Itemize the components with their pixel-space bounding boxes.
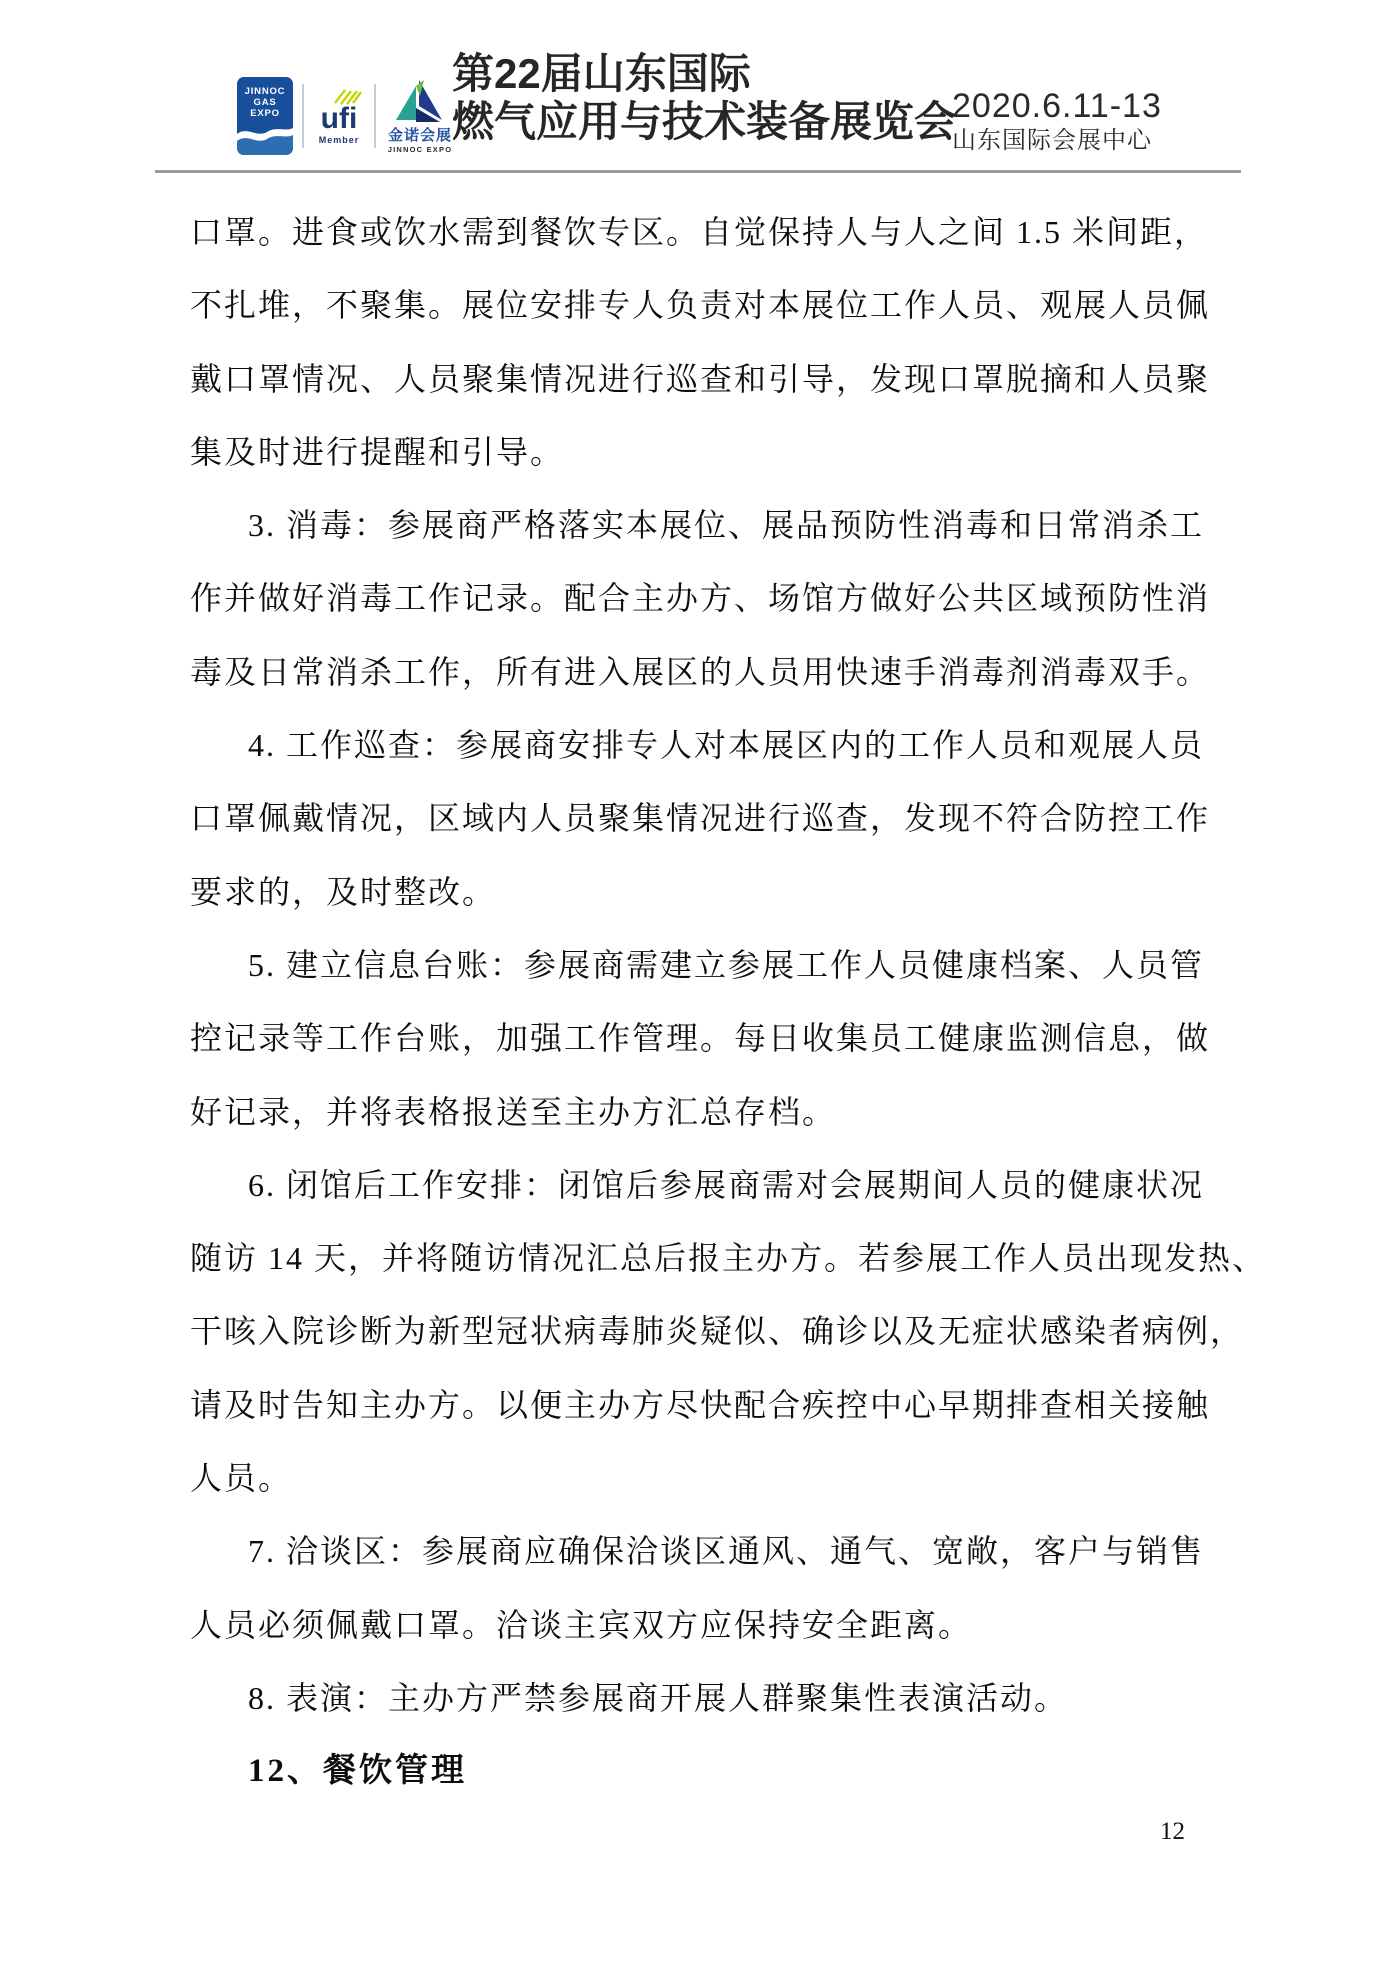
- text-line: 集及时进行提醒和引导。: [190, 416, 1265, 489]
- text-line: 好记录，并将表格报送至主办方汇总存档。: [190, 1076, 1265, 1149]
- ufi-wordmark: ufi: [321, 105, 358, 133]
- jinnoc-expo-cn-label: 金诺会展: [388, 128, 452, 144]
- jinnoc-gas-expo-logo: JINNOC GAS EXPO: [237, 77, 293, 155]
- text-line: 7. 洽谈区：参展商应确保洽谈区通风、通气、宽敞，客户与销售: [190, 1515, 1265, 1588]
- text-line: 4. 工作巡查：参展商安排专人对本展区内的工作人员和观展人员: [190, 709, 1265, 782]
- text-line: 6. 闭馆后工作安排：闭馆后参展商需对会展期间人员的健康状况: [190, 1149, 1265, 1222]
- jinnoc-gas-expo-label: JINNOC GAS EXPO: [237, 86, 293, 119]
- section-heading: 12、餐饮管理: [190, 1735, 1265, 1808]
- text-line: 8. 表演：主办方严禁参展商开展人群聚集性表演活动。: [190, 1662, 1265, 1735]
- text-line: 口罩佩戴情况，区域内人员聚集情况进行巡查，发现不符合防控工作: [190, 782, 1265, 855]
- expo-title-line2: 燃气应用与技术装备展览会: [452, 98, 956, 146]
- expo-title: 第22届山东国际 燃气应用与技术装备展览会: [452, 50, 956, 146]
- document-page: JINNOC GAS EXPO ufi Member: [0, 0, 1390, 1965]
- event-date: 2020.6.11-13: [952, 88, 1162, 124]
- text-line: 要求的，及时整改。: [190, 856, 1265, 929]
- jinnoc-expo-en-label: JINNOC EXPO: [388, 145, 452, 154]
- text-line: 人员。: [190, 1442, 1265, 1515]
- page-number: 12: [1160, 1818, 1185, 1846]
- ufi-member-label: Member: [319, 135, 360, 145]
- header-divider-rule: [155, 170, 1241, 173]
- event-date-venue: 2020.6.11-13 山东国际会展中心: [952, 88, 1162, 155]
- document-body: 口罩。进食或饮水需到餐饮专区。自觉保持人与人之间 1.5 米间距，不扎堆，不聚集…: [190, 196, 1265, 1809]
- text-line: 毒及日常消杀工作，所有进入展区的人员用快速手消毒剂消毒双手。: [190, 636, 1265, 709]
- text-line: 不扎堆，不聚集。展位安排专人负责对本展位工作人员、观展人员佩: [190, 269, 1265, 342]
- jinnoc-expo-star-icon: [392, 78, 448, 128]
- text-line: 控记录等工作台账，加强工作管理。每日收集员工健康监测信息，做: [190, 1002, 1265, 1075]
- text-line: 3. 消毒：参展商严格落实本展位、展品预防性消毒和日常消杀工: [190, 489, 1265, 562]
- text-line: 戴口罩情况、人员聚集情况进行巡查和引导，发现口罩脱摘和人员聚: [190, 343, 1265, 416]
- logo-divider: [374, 84, 376, 148]
- jinnoc-expo-logo: 金诺会展 JINNOC EXPO: [385, 78, 455, 154]
- text-line: 请及时告知主办方。以便主办方尽快配合疾控中心早期排查相关接触: [190, 1369, 1265, 1442]
- ufi-member-logo: ufi Member: [313, 87, 365, 145]
- text-line: 随访 14 天，并将随访情况汇总后报主办方。若参展工作人员出现发热、: [190, 1222, 1265, 1295]
- logo-divider: [302, 84, 304, 148]
- logo-group: JINNOC GAS EXPO ufi Member: [237, 68, 455, 164]
- event-venue: 山东国际会展中心: [952, 127, 1162, 155]
- text-line: 作并做好消毒工作记录。配合主办方、场馆方做好公共区域预防性消: [190, 562, 1265, 635]
- expo-title-line1: 第22届山东国际: [452, 50, 956, 98]
- text-line: 干咳入院诊断为新型冠状病毒肺炎疑似、确诊以及无症状感染者病例，: [190, 1295, 1265, 1368]
- text-line: 人员必须佩戴口罩。洽谈主宾双方应保持安全距离。: [190, 1589, 1265, 1662]
- text-line: 5. 建立信息台账：参展商需建立参展工作人员健康档案、人员管: [190, 929, 1265, 1002]
- text-line: 口罩。进食或饮水需到餐饮专区。自觉保持人与人之间 1.5 米间距，: [190, 196, 1265, 269]
